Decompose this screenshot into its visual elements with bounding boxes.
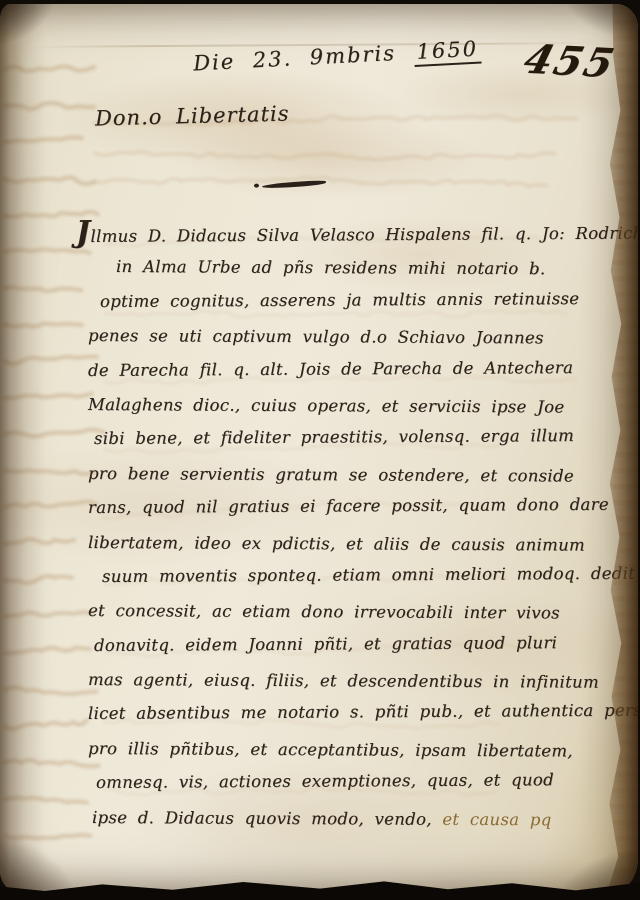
- manuscript-line-text: pro illis pñtibus, et acceptantibus, ips…: [88, 739, 573, 761]
- manuscript-line-text: Jllmus D. Didacus Silva Velasco Hispalen…: [76, 223, 638, 246]
- manuscript-line: omnesq. vis, actiones exemptiones, quas,…: [96, 763, 620, 801]
- manuscript-line-text: mas agenti, eiusq. filiis, et descendent…: [88, 670, 599, 692]
- manuscript-line: rans, quod nil gratius ei facere possit,…: [88, 488, 620, 526]
- manuscript-line-text: optime cognitus, asserens ja multis anni…: [100, 289, 579, 311]
- bleedthrough-stroke: [5, 103, 94, 109]
- manuscript-line: suum moventis sponteq. etiam omni melior…: [102, 557, 620, 595]
- manuscript-line: sibi bene, et fideliter praestitis, vole…: [94, 419, 620, 457]
- manuscript-line-text: de Parecha fil. q. alt. Jois de Parecha …: [88, 358, 573, 380]
- manuscript-line: licet absentibus me notario s. pñti pub.…: [88, 694, 620, 732]
- document-title: Don.o Libertatis: [95, 101, 290, 130]
- manuscript-line: optime cognitus, asserens ja multis anni…: [100, 282, 620, 320]
- manuscript-page: Die 23. 9mbris 1650 455 Don.o Libertatis…: [0, 4, 638, 892]
- date-year: 1650: [413, 36, 482, 66]
- manuscript-line-text: Malaghens dioc., cuius operas, et servic…: [88, 395, 565, 416]
- manuscript-line-text: in Alma Urbe ad pñs residens mihi notari…: [116, 257, 546, 278]
- manuscript-line-text: suum moventis sponteq. etiam omni melior…: [102, 564, 635, 586]
- manuscript-body: Jllmus D. Didacus Silva Velasco Hispalen…: [0, 216, 638, 835]
- bleedthrough-stroke: [5, 66, 94, 71]
- manuscript-line-text: sibi bene, et fideliter praestitis, vole…: [94, 426, 574, 448]
- manuscript-line-text: libertatem, ideo ex pdictis, et aliis de…: [88, 533, 585, 555]
- manuscript-line-text: penes se uti captivum vulgo d.o Schiavo …: [88, 326, 544, 347]
- bleedthrough-stroke: [95, 152, 555, 160]
- manuscript-line: donavitq. eidem Joanni pñti, et gratias …: [94, 625, 620, 663]
- manuscript-line-text: licet absentibus me notario s. pñti pub.…: [88, 701, 638, 724]
- manuscript-line-text: donavitq. eidem Joanni pñti, et gratias …: [94, 633, 557, 655]
- manuscript-line-text: rans, quod nil gratius ei facere possit,…: [88, 495, 609, 517]
- manuscript-line: de Parecha fil. q. alt. Jois de Parecha …: [88, 350, 620, 388]
- manuscript-photo: Die 23. 9mbris 1650 455 Don.o Libertatis…: [0, 0, 640, 900]
- folio-number: 455: [518, 36, 620, 87]
- manuscript-line-text: omnesq. vis, actiones exemptiones, quas,…: [96, 770, 554, 792]
- bleedthrough-stroke: [5, 835, 90, 838]
- faded-ink-tail: et causa pq: [432, 809, 552, 829]
- bleedthrough-stroke: [5, 177, 94, 183]
- manuscript-line: Jllmus D. Didacus Silva Velasco Hispalen…: [76, 213, 620, 251]
- manuscript-line-text: et concessit, ac etiam dono irrevocabili…: [88, 601, 560, 622]
- manuscript-line-text: pro bene servientis gratum se ostendere,…: [88, 464, 574, 486]
- manuscript-line-text: ipse d. Didacus quovis modo, vendo,: [92, 808, 432, 829]
- manuscript-line: ipse d. Didacus quovis modo, vendo, et c…: [92, 801, 620, 838]
- bleedthrough-stroke: [5, 137, 82, 142]
